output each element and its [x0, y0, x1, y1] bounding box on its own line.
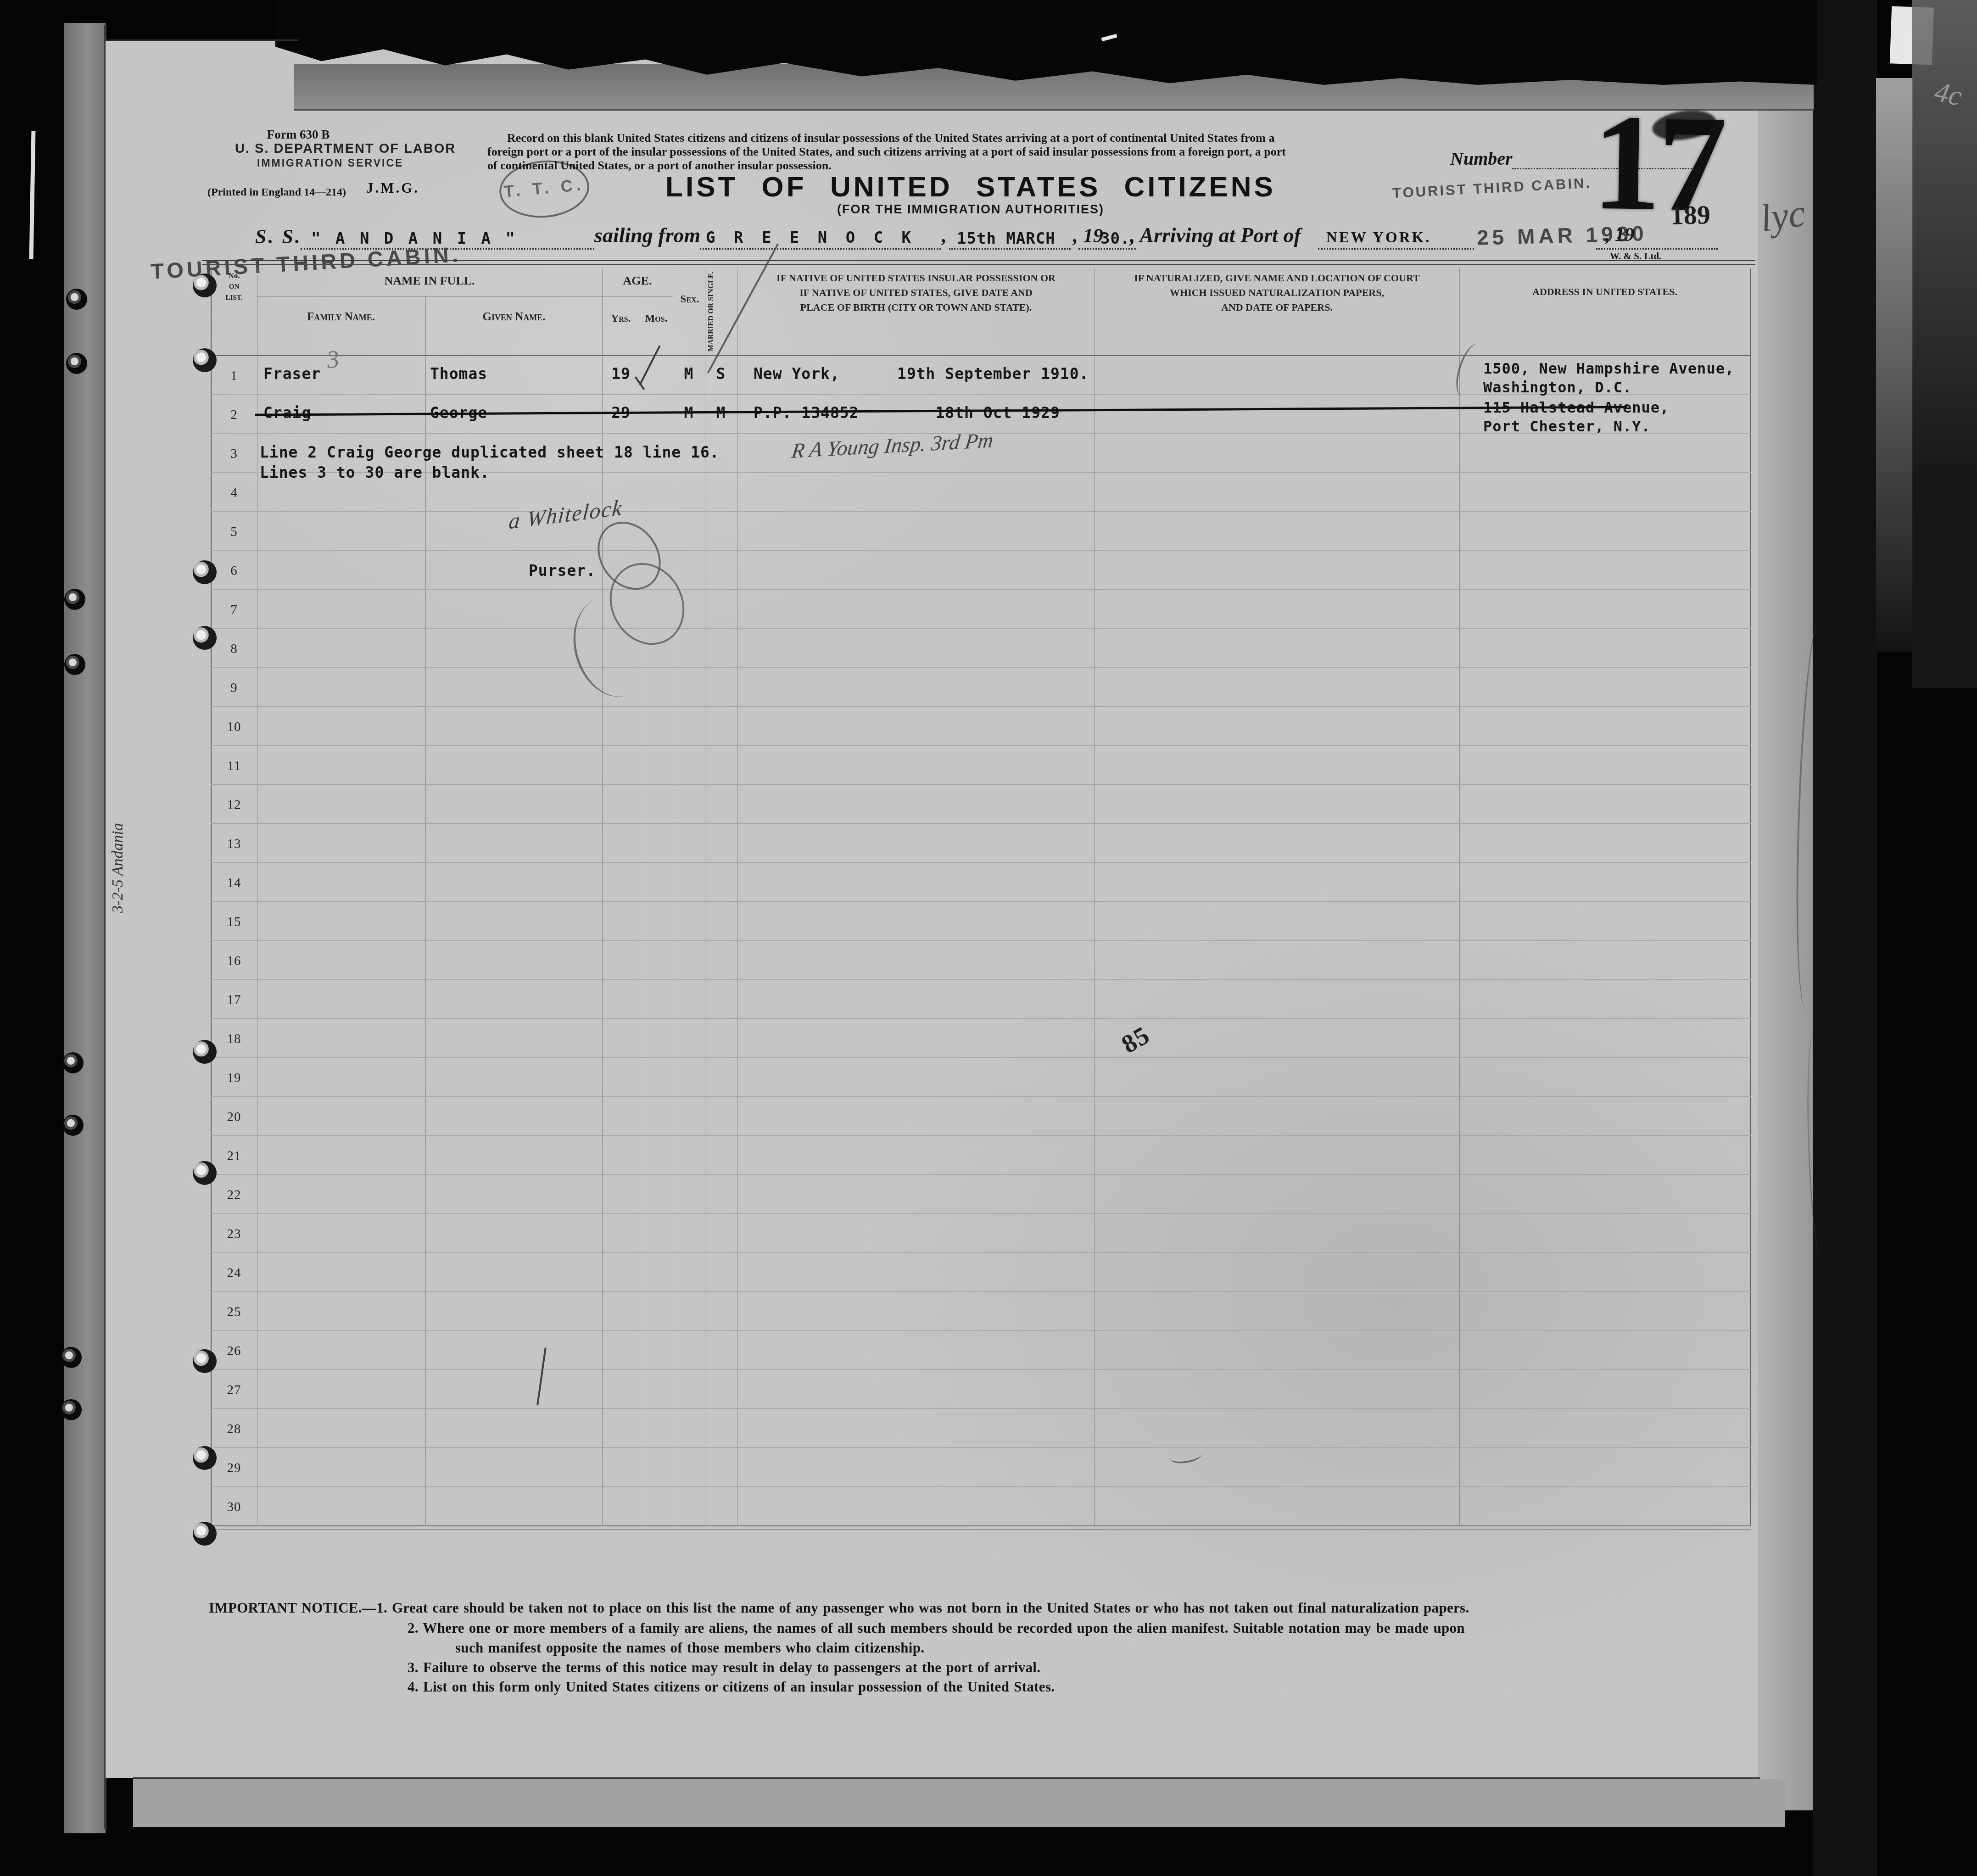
table-row: 29: [211, 1448, 1751, 1487]
table-row: 8: [211, 629, 1751, 668]
cell-no: 23: [211, 1214, 257, 1252]
cell-mos: [640, 1214, 673, 1252]
cell-birth: [737, 902, 1095, 940]
cell-no: 11: [211, 746, 257, 784]
cell-birth: [737, 1370, 1095, 1408]
punch-hole: [193, 1161, 217, 1185]
cell-ms: [705, 863, 737, 901]
cell-yrs: [602, 863, 640, 901]
cell-family: [257, 941, 425, 979]
cell-sex: [673, 473, 705, 511]
cell-natz: [1095, 1370, 1459, 1408]
cell-sex: [673, 1253, 705, 1291]
cell-no: 7: [211, 590, 257, 628]
cell-birth: [737, 551, 1095, 589]
cell-sex: [673, 512, 705, 550]
cell-addr: [1459, 1487, 1751, 1525]
year-printed: , 19: [1073, 224, 1103, 247]
cell-mos: [640, 1370, 673, 1408]
punch-hole: [193, 1040, 217, 1064]
punch-hole: [193, 1349, 217, 1373]
cell-addr: [1459, 746, 1751, 784]
depart-date: 15th MARCH: [957, 229, 1056, 248]
table-row: 22: [211, 1175, 1751, 1214]
cell-sex: [673, 1058, 705, 1096]
cell-sex: [673, 1331, 705, 1369]
cell-given: [425, 824, 602, 862]
cell-yrs: [602, 1058, 640, 1096]
table-row: 1FraserThomas19MSNew York, 19th Septembe…: [211, 356, 1751, 395]
table-row: 20: [211, 1097, 1751, 1136]
cell-ms: [705, 1331, 737, 1369]
cell-no: 12: [211, 785, 257, 823]
cell-ms: [705, 1487, 737, 1525]
cell-sex: [673, 1487, 705, 1525]
cell-no: 16: [211, 941, 257, 979]
cell-no: 13: [211, 824, 257, 862]
cell-ms: [705, 785, 737, 823]
cell-no: 14: [211, 863, 257, 901]
cell-mos: [640, 1487, 673, 1525]
cell-yrs: 19: [602, 356, 640, 394]
margin-note-text: 3-2-5 Andania: [109, 716, 127, 913]
cell-no: 21: [211, 1136, 257, 1174]
cell-natz: [1095, 902, 1459, 940]
cell-sex: [673, 902, 705, 940]
cell-family: [257, 1019, 425, 1057]
cell-birth: New York, 19th September 1910.: [737, 356, 1095, 394]
cell-natz: [1095, 512, 1459, 550]
cell-given: [425, 1370, 602, 1408]
cell-no: 15: [211, 902, 257, 940]
cell-given: [425, 1331, 602, 1369]
table-row: 26: [211, 1331, 1751, 1370]
edge-punch-hole: [66, 289, 87, 310]
table-row: 27: [211, 1370, 1751, 1409]
cell-given: [425, 1292, 602, 1330]
edge-punch-hole: [61, 1347, 82, 1368]
cell-family: [257, 902, 425, 940]
number-label: Number: [1450, 148, 1513, 169]
edge-punch-hole: [62, 1052, 84, 1073]
cell-sex: [673, 1175, 705, 1213]
cell-yrs: [602, 1487, 640, 1525]
cell-family: [257, 668, 425, 706]
cell-sex: [673, 1019, 705, 1057]
cell-no: 3: [211, 434, 257, 472]
arrive-port-underline: [1318, 248, 1474, 250]
cell-addr: [1459, 473, 1751, 511]
cell-ms: [705, 707, 737, 745]
page-subtitle: (FOR THE IMMIGRATION AUTHORITIES): [665, 202, 1276, 217]
cell-ms: [705, 746, 737, 784]
cell-mos: [640, 1253, 673, 1291]
cell-no: 28: [211, 1409, 257, 1447]
cell-ms: [705, 1019, 737, 1057]
cell-birth: P.P. 134852 18th Oct 1929: [737, 395, 1095, 433]
cell-natz: [1095, 824, 1459, 862]
arriving-label: , Arriving at Port of: [1130, 223, 1301, 247]
cell-birth: [737, 1409, 1095, 1447]
cell-yrs: [602, 1097, 640, 1135]
table-row: 28: [211, 1409, 1751, 1448]
cell-birth: [737, 746, 1095, 784]
cell-family: [257, 512, 425, 550]
cell-addr: [1459, 434, 1751, 472]
cell-sex: [673, 551, 705, 589]
cell-no: 17: [211, 980, 257, 1018]
cell-mos: [640, 980, 673, 1018]
cell-sex: [673, 1097, 705, 1135]
table-row: 11: [211, 746, 1751, 785]
cell-addr: [1459, 980, 1751, 1018]
table-row: 6: [211, 551, 1751, 590]
cell-mos: [640, 1136, 673, 1174]
cell-ms: [705, 1253, 737, 1291]
table-row: 19: [211, 1058, 1751, 1097]
cell-natz: [1095, 1097, 1459, 1135]
cell-yrs: [602, 902, 640, 940]
cell-yrs: [602, 1448, 640, 1486]
cell-yrs: [602, 980, 640, 1018]
cell-no: 24: [211, 1253, 257, 1291]
cell-sex: [673, 941, 705, 979]
cell-addr: 115 Halstead Avenue, Port Chester, N.Y.: [1459, 395, 1751, 433]
cell-no: 22: [211, 1175, 257, 1213]
cell-ms: [705, 1409, 737, 1447]
cell-mos: [640, 941, 673, 979]
cell-birth: [737, 1487, 1095, 1525]
cell-natz: [1095, 1058, 1459, 1096]
notice-line-2: 2. Where one or more members of a family…: [408, 1620, 1465, 1636]
cell-ms: [705, 551, 737, 589]
cell-mos: [640, 1058, 673, 1096]
cell-no: 10: [211, 707, 257, 745]
cell-birth: [737, 1331, 1095, 1369]
cell-given: [425, 863, 602, 901]
cell-given: [425, 668, 602, 706]
cell-addr: [1459, 1370, 1751, 1408]
cell-family: [257, 824, 425, 862]
cell-natz: [1095, 1292, 1459, 1330]
cell-addr: 1500, New Hampshire Avenue, Washington, …: [1459, 356, 1751, 394]
cell-yrs: [602, 1409, 640, 1447]
cell-ms: [705, 512, 737, 550]
cell-family: [257, 980, 425, 1018]
cell-given: [425, 1097, 602, 1135]
cell-natz: [1095, 863, 1459, 901]
table-row: 18: [211, 1019, 1751, 1058]
cell-sex: [673, 863, 705, 901]
punch-hole: [193, 274, 217, 297]
cell-birth: [737, 1214, 1095, 1252]
cell-sex: [673, 668, 705, 706]
table-row: 13: [211, 824, 1751, 863]
cell-natz: [1095, 356, 1459, 394]
cell-ms: [705, 902, 737, 940]
cell-sex: [673, 707, 705, 745]
cell-no: 19: [211, 1058, 257, 1096]
cell-given: [425, 1019, 602, 1057]
cell-ms: [705, 1292, 737, 1330]
cell-given: [425, 902, 602, 940]
cell-natz: [1095, 980, 1459, 1018]
ship-underline: [301, 248, 594, 250]
cell-ms: [705, 590, 737, 628]
cell-yrs: [602, 1175, 640, 1213]
edge-punch-hole: [62, 1115, 84, 1136]
punch-hole: [193, 560, 217, 584]
table-row: 10: [211, 707, 1751, 746]
cell-ms: M: [705, 395, 737, 433]
cell-sex: [673, 980, 705, 1018]
page-title: LIST OF UNITED STATES CITIZENS: [665, 171, 1276, 203]
comma-printed: ,: [942, 224, 947, 247]
ss-label: S. S.: [255, 225, 302, 248]
cell-addr: [1459, 1136, 1751, 1174]
top-rule-2: [202, 264, 1755, 265]
cell-mos: [640, 863, 673, 901]
cell-family: [257, 1214, 425, 1252]
cell-natz: [1095, 551, 1459, 589]
cell-mos: [640, 1097, 673, 1135]
cell-mos: [640, 1331, 673, 1369]
cell-addr: [1459, 629, 1751, 667]
cell-given: [425, 1487, 602, 1525]
cell-birth: [737, 1097, 1095, 1135]
date-underline: [949, 248, 1071, 250]
cell-addr: [1459, 551, 1751, 589]
cell-ms: [705, 1175, 737, 1213]
cell-given: [425, 941, 602, 979]
cell-sex: [673, 1136, 705, 1174]
cell-sex: [673, 1292, 705, 1330]
cell-mos: [640, 1448, 673, 1486]
left-white-sliver: [29, 131, 36, 259]
cell-no: 8: [211, 629, 257, 667]
table-row: 21: [211, 1136, 1751, 1175]
cell-family: [257, 863, 425, 901]
cell-no: 1: [211, 356, 257, 394]
cell-birth: [737, 512, 1095, 550]
cell-mos: [640, 1409, 673, 1447]
cell-given: [425, 746, 602, 784]
cell-sex: [673, 1370, 705, 1408]
ship-name: " A N D A N I A ": [311, 229, 518, 248]
cell-yrs: [602, 1292, 640, 1330]
cell-sex: [673, 824, 705, 862]
notice-line-5: 4. List on this form only United States …: [408, 1679, 1055, 1695]
cell-natz: [1095, 707, 1459, 745]
notice-line-3: such manifest opposite the names of thos…: [455, 1640, 924, 1656]
cell-family: [257, 629, 425, 667]
table-row: 30: [211, 1487, 1751, 1526]
cell-sex: [673, 746, 705, 784]
cell-no: 5: [211, 512, 257, 550]
cell-sex: [673, 629, 705, 667]
table-row: 14: [211, 863, 1751, 902]
cell-sex: [673, 785, 705, 823]
cell-natz: [1095, 1214, 1459, 1252]
table-row: 7: [211, 590, 1751, 629]
depart-port-underline: [700, 248, 941, 250]
cell-addr: [1459, 1097, 1751, 1135]
cell-addr: [1459, 902, 1751, 940]
punch-hole: [193, 1446, 217, 1470]
cell-birth: [737, 1058, 1095, 1096]
cell-family: [257, 1409, 425, 1447]
notice-line-4: 3. Failure to observe the terms of this …: [408, 1659, 1040, 1676]
cell-ms: [705, 629, 737, 667]
cell-no: 30: [211, 1487, 257, 1525]
cell-addr: [1459, 941, 1751, 979]
cell-birth: [737, 668, 1095, 706]
edge-punch-hole: [66, 353, 87, 374]
cell-yrs: [602, 785, 640, 823]
edge-punch-hole: [64, 589, 85, 610]
table-bottom-border-2: [211, 1529, 1751, 1530]
cell-yrs: [602, 1019, 640, 1057]
cell-addr: [1459, 1409, 1751, 1447]
cell-no: 4: [211, 473, 257, 511]
cell-given: [425, 785, 602, 823]
table-row: 17: [211, 980, 1751, 1019]
cell-natz: [1095, 590, 1459, 628]
cell-ms: [705, 1448, 737, 1486]
arrival-year-underline: [1596, 248, 1718, 250]
instructions-line-2: foreign port or a port of the insular po…: [487, 145, 1286, 159]
cell-natz: [1095, 1175, 1459, 1213]
cell-birth: [737, 707, 1095, 745]
notice-line-1: IMPORTANT NOTICE.—1. Great care should b…: [209, 1600, 1469, 1616]
cell-birth: [737, 824, 1095, 862]
cell-given: [425, 1409, 602, 1447]
cell-ms: [705, 1136, 737, 1174]
cell-given: [425, 1448, 602, 1486]
cell-birth: [737, 863, 1095, 901]
cell-mos: [640, 902, 673, 940]
ttc-stamp-text: T. T. C.: [503, 175, 585, 201]
cell-birth: [737, 590, 1095, 628]
cell-ms: [705, 980, 737, 1018]
arrive-port: NEW YORK.: [1326, 229, 1431, 246]
cell-ms: [705, 473, 737, 511]
cell-no: 18: [211, 1019, 257, 1057]
cell-sex: [673, 1409, 705, 1447]
under-sheet-bottom: [133, 1779, 1785, 1827]
cell-natz: [1095, 1136, 1459, 1174]
blank-note-line-1: Line 2 Craig George duplicated sheet 18 …: [260, 443, 720, 461]
cell-mos: [640, 1175, 673, 1213]
cell-natz: [1095, 1487, 1459, 1525]
cell-sex: M: [673, 356, 705, 394]
cell-given: [425, 1058, 602, 1096]
cell-birth: [737, 473, 1095, 511]
scanned-manifest-page: Form 630 B U. S. DEPARTMENT OF LABOR IMM…: [0, 0, 1977, 1876]
year-typed: 30.: [1100, 229, 1130, 248]
cell-family: [257, 1370, 425, 1408]
right-gap: [1813, 0, 1877, 1876]
cell-family: [257, 707, 425, 745]
table-row: 24: [211, 1253, 1751, 1292]
cell-given: [425, 1214, 602, 1252]
cell-addr: [1459, 1058, 1751, 1096]
cell-natz: [1095, 629, 1459, 667]
cell-ms: [705, 1097, 737, 1135]
service-line: IMMIGRATION SERVICE: [257, 157, 403, 169]
cell-mos: [640, 824, 673, 862]
cell-natz: [1095, 434, 1459, 472]
cell-given: [425, 980, 602, 1018]
table-row: 15: [211, 902, 1751, 941]
blank-note-line-2: Lines 3 to 30 are blank.: [260, 463, 490, 481]
form-number: Form 630 B: [248, 128, 349, 142]
cell-natz: [1095, 1253, 1459, 1291]
cell-addr: [1459, 1175, 1751, 1213]
cell-family: Fraser: [257, 356, 425, 394]
year-underline: [1078, 248, 1136, 250]
cell-given: [425, 1253, 602, 1291]
cell-addr: [1459, 1214, 1751, 1252]
cell-mos: [640, 395, 673, 433]
cell-birth: [737, 1175, 1095, 1213]
purser-label: Purser.: [529, 562, 596, 580]
cell-ms: [705, 824, 737, 862]
cell-natz: [1095, 1448, 1459, 1486]
cell-given: Thomas: [425, 356, 602, 394]
cell-addr: [1459, 512, 1751, 550]
cell-addr: [1459, 1019, 1751, 1057]
cell-ms: [705, 1214, 737, 1252]
cell-no: 26: [211, 1331, 257, 1369]
table-row: 16: [211, 941, 1751, 980]
margin-note: 3-2-5 Andania: [109, 716, 130, 913]
cell-yrs: [602, 746, 640, 784]
cell-addr: [1459, 1448, 1751, 1486]
cell-natz: [1095, 1409, 1459, 1447]
right-light-strip: [1876, 78, 1913, 652]
cell-natz: [1095, 473, 1459, 511]
cell-given: [425, 1136, 602, 1174]
cell-family: [257, 1331, 425, 1369]
instructions-line-1: Record on this blank United States citiz…: [507, 131, 1274, 145]
cell-addr: [1459, 1253, 1751, 1291]
cell-yrs: [602, 1214, 640, 1252]
cell-ms: [705, 1058, 737, 1096]
cell-family: [257, 746, 425, 784]
cell-mos: [640, 746, 673, 784]
cell-sex: M: [673, 395, 705, 433]
cell-mos: [640, 785, 673, 823]
cell-yrs: [602, 941, 640, 979]
cell-given: [425, 707, 602, 745]
table-row: 12: [211, 785, 1751, 824]
cell-no: 9: [211, 668, 257, 706]
punch-hole: [193, 348, 217, 372]
depart-port: G R E E N O C K: [706, 229, 916, 247]
cell-ms: S: [705, 356, 737, 394]
table-row: 25: [211, 1292, 1751, 1331]
cell-ms: [705, 1370, 737, 1408]
cell-birth: [737, 941, 1095, 979]
punch-hole: [193, 626, 217, 650]
cell-natz: [1095, 668, 1459, 706]
table-row: 5: [211, 512, 1751, 551]
edge-scribble: lyc: [1758, 191, 1808, 241]
cell-family: [257, 551, 425, 589]
cell-yrs: [602, 1253, 640, 1291]
checker-initials: J.M.G.: [366, 180, 419, 196]
